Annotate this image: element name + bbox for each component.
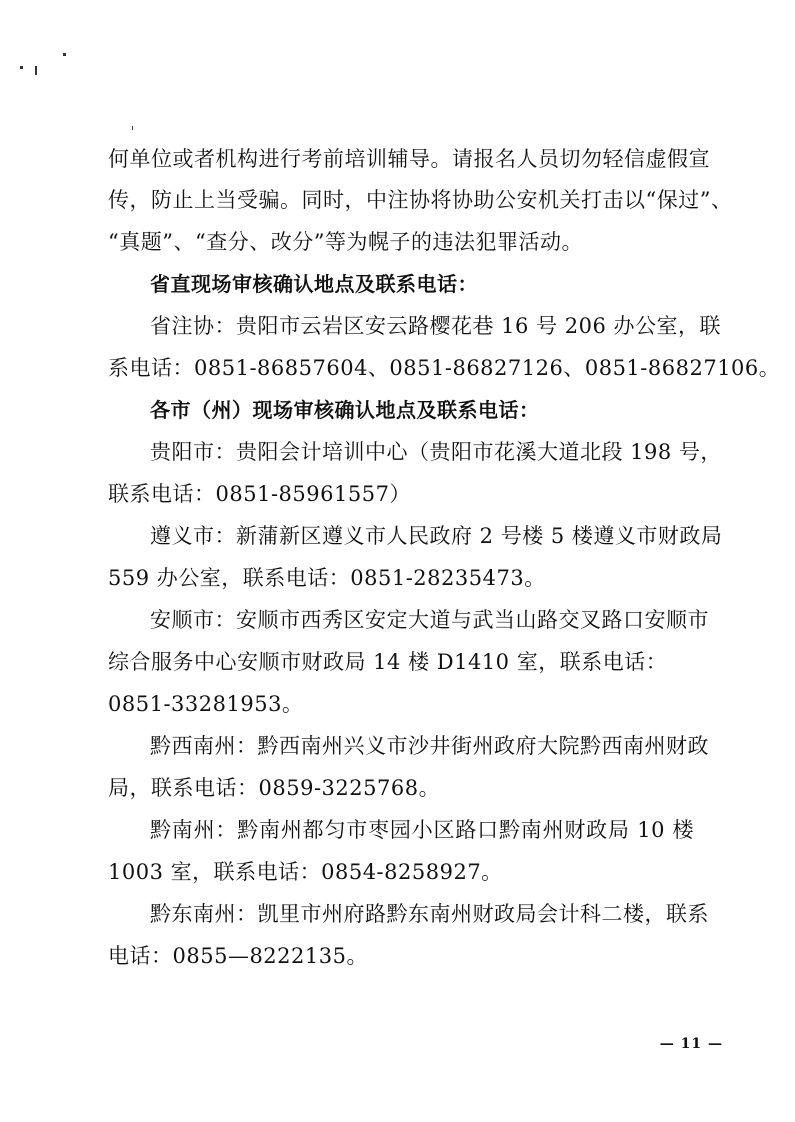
provincial-phones: 系电话：0851-86857604、0851-86827126、0851-868… xyxy=(108,354,694,382)
document-page: 何单位或者机构进行考前培训辅导。请报名人员切勿轻信虚假宣 传，防止上当受骗。同时… xyxy=(0,0,795,1122)
anshun-address-cont: 综合服务中心安顺市财政局 14 楼 D1410 室，联系电话： xyxy=(108,648,694,676)
scan-speck xyxy=(132,126,133,130)
qianxinan-phone: 局，联系电话：0859-3225768。 xyxy=(108,774,694,802)
provincial-address: 省注协：贵阳市云岩区安云路樱花巷 16 号 206 办公室，联 xyxy=(150,312,694,340)
paragraph-line: “真题”、“查分、改分”等为幌子的违法犯罪活动。 xyxy=(108,228,694,256)
section-heading-provincial: 省直现场审核确认地点及联系电话： xyxy=(150,270,694,298)
qiannan-address: 黔南州：黔南州都匀市枣园小区路口黔南州财政局 10 楼 xyxy=(150,816,694,844)
qiandongnan-phone: 电话：0855—8222135。 xyxy=(108,942,694,970)
zunyi-phone: 559 办公室，联系电话：0851-28235473。 xyxy=(108,564,694,592)
scan-speck xyxy=(20,66,23,69)
scan-speck xyxy=(35,66,37,75)
page-number: — 11 — xyxy=(660,1036,723,1052)
anshun-address: 安顺市：安顺市西秀区安定大道与武当山路交叉路口安顺市 xyxy=(150,606,694,634)
qiandongnan-address: 黔东南州：凯里市州府路黔东南州财政局会计科二楼，联系 xyxy=(150,900,694,928)
paragraph-line: 传，防止上当受骗。同时，中注协将协助公安机关打击以“保过”、 xyxy=(108,186,694,214)
qiannan-phone: 1003 室，联系电话：0854-8258927。 xyxy=(108,858,694,886)
anshun-phone: 0851-33281953。 xyxy=(108,690,694,718)
guiyang-phone: 联系电话：0851-85961557） xyxy=(108,480,694,508)
scan-speck xyxy=(63,53,66,56)
guiyang-address: 贵阳市：贵阳会计培训中心（贵阳市花溪大道北段 198 号， xyxy=(150,438,694,466)
qianxinan-address: 黔西南州：黔西南州兴义市沙井街州政府大院黔西南州财政 xyxy=(150,732,694,760)
paragraph-line: 何单位或者机构进行考前培训辅导。请报名人员切勿轻信虚假宣 xyxy=(108,145,694,173)
zunyi-address: 遵义市：新蒲新区遵义市人民政府 2 号楼 5 楼遵义市财政局 xyxy=(150,522,694,550)
section-heading-cities: 各市（州）现场审核确认地点及联系电话： xyxy=(150,396,694,424)
